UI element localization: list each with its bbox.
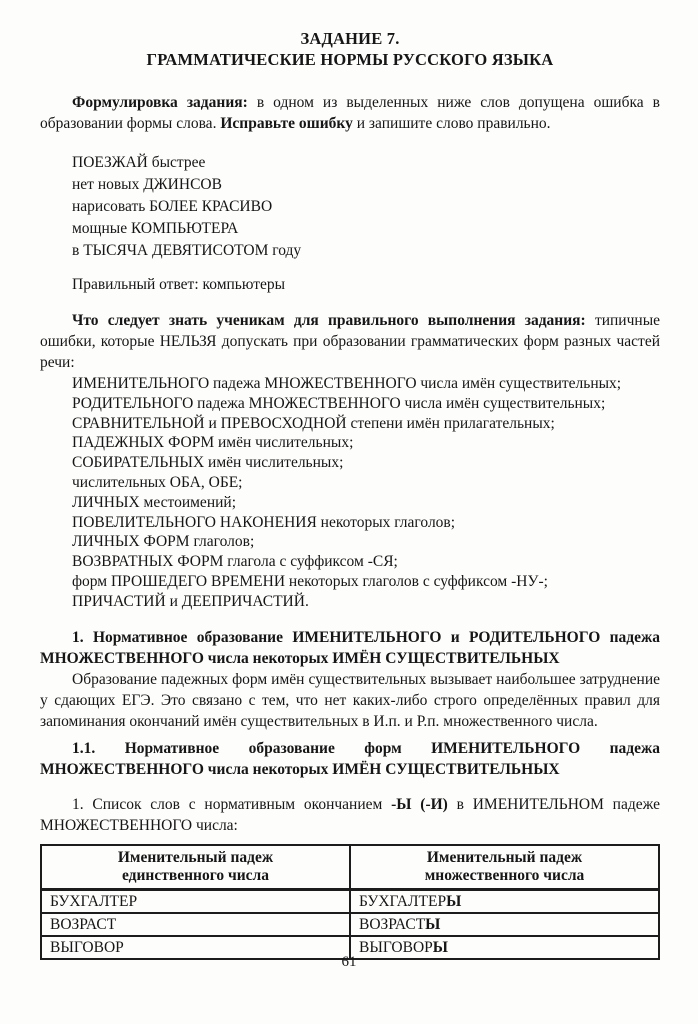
example-list: ПОЕЗЖАЙ быстрее нет новых ДЖИНСОВ нарисо… xyxy=(72,152,660,262)
plural-stem: ВОЗРАСТ xyxy=(359,916,425,933)
error-type-item: ЛИЧНЫХ ФОРМ глаголов; xyxy=(72,532,660,552)
document-page: ЗАДАНИЕ 7. ГРАММАТИЧЕСКИЕ НОРМЫ РУССКОГО… xyxy=(0,0,698,1024)
title-line-2: ГРАММАТИЧЕСКИЕ НОРМЫ РУССКОГО ЯЗЫКА xyxy=(40,49,660,70)
plural-ending: Ы xyxy=(433,939,448,956)
section-1-body: Образование падежных форм имён существит… xyxy=(40,669,660,732)
task-text-2: и запишите слово правильно. xyxy=(353,115,551,132)
header-singular-line-2: единственного числа xyxy=(46,867,345,885)
error-type-item: СОБИРАТЕЛЬНЫХ имён числительных; xyxy=(72,453,660,473)
error-type-item: ПАДЕЖНЫХ ФОРМ имён числительных; xyxy=(72,433,660,453)
task-fix-label: Исправьте ошибку xyxy=(220,115,353,132)
table-header-singular: Именительный падеж единственного числа xyxy=(41,845,350,890)
task-statement: Формулировка задания: в одном из выделен… xyxy=(40,92,660,134)
error-type-item: ИМЕНИТЕЛЬНОГО падежа МНОЖЕСТВЕННОГО числ… xyxy=(72,374,660,394)
plural-cell: ВОЗРАСТЫ xyxy=(350,913,659,936)
table-row: ВОЗРАСТ ВОЗРАСТЫ xyxy=(41,913,659,936)
plural-cell: БУХГАЛТЕРЫ xyxy=(350,889,659,913)
list-intro-text-1: 1. Список слов с нормативным окончанием xyxy=(72,796,391,813)
error-type-item: ВОЗВРАТНЫХ ФОРМ глагола с суффиксом -СЯ; xyxy=(72,552,660,572)
list-intro: 1. Список слов с нормативным окончанием … xyxy=(40,794,660,836)
page-title: ЗАДАНИЕ 7. ГРАММАТИЧЕСКИЕ НОРМЫ РУССКОГО… xyxy=(40,28,660,70)
singular-cell: ВОЗРАСТ xyxy=(41,913,350,936)
error-type-list: ИМЕНИТЕЛЬНОГО падежа МНОЖЕСТВЕННОГО числ… xyxy=(72,374,660,612)
page-number: 61 xyxy=(0,954,698,971)
title-line-1: ЗАДАНИЕ 7. xyxy=(40,28,660,49)
section-1-1-heading: 1.1. Нормативное образование форм ИМЕНИТ… xyxy=(40,738,660,780)
table-header-row: Именительный падеж единственного числа И… xyxy=(41,845,659,890)
task-label: Формулировка задания: xyxy=(72,94,248,111)
header-singular-line-1: Именительный падеж xyxy=(46,849,345,867)
error-type-item: ЛИЧНЫХ местоимений; xyxy=(72,493,660,513)
plural-ending: Ы xyxy=(425,916,440,933)
list-intro-ending-bold: -Ы (-И) xyxy=(391,796,448,813)
section-1-heading: 1. Нормативное образование ИМЕНИТЕЛЬНОГО… xyxy=(40,627,660,669)
error-type-item: форм ПРОШЕДЕГО ВРЕМЕНИ некоторых глаголо… xyxy=(72,572,660,592)
error-type-item: ПРИЧАСТИЙ и ДЕЕПРИЧАСТИЙ. xyxy=(72,592,660,612)
example-item: в ТЫСЯЧА ДЕВЯТИСОТОМ году xyxy=(72,240,660,262)
correct-answer: Правильный ответ: компьютеры xyxy=(72,274,660,295)
table-row: БУХГАЛТЕР БУХГАЛТЕРЫ xyxy=(41,889,659,913)
error-type-item: РОДИТЕЛЬНОГО падежа МНОЖЕСТВЕННОГО числа… xyxy=(72,394,660,414)
example-item: мощные КОМПЬЮТЕРА xyxy=(72,218,660,240)
know-label: Что следует знать ученикам для правильно… xyxy=(72,312,586,329)
error-type-item: СРАВНИТЕЛЬНОЙ и ПРЕВОСХОДНОЙ степени имё… xyxy=(72,414,660,434)
singular-cell: БУХГАЛТЕР xyxy=(41,889,350,913)
declension-table: Именительный падеж единственного числа И… xyxy=(40,844,660,960)
header-plural-line-1: Именительный падеж xyxy=(355,849,654,867)
error-type-item: ПОВЕЛИТЕЛЬНОГО НАКОНЕНИЯ некоторых глаго… xyxy=(72,513,660,533)
example-item: ПОЕЗЖАЙ быстрее xyxy=(72,152,660,174)
example-item: нет новых ДЖИНСОВ xyxy=(72,174,660,196)
error-type-item: числительных ОБА, ОБЕ; xyxy=(72,473,660,493)
example-item: нарисовать БОЛЕЕ КРАСИВО xyxy=(72,196,660,218)
plural-stem: БУХГАЛТЕР xyxy=(359,893,446,910)
table-header-plural: Именительный падеж множественного числа xyxy=(350,845,659,890)
plural-stem: ВЫГОВОР xyxy=(359,939,433,956)
header-plural-line-2: множественного числа xyxy=(355,867,654,885)
know-paragraph: Что следует знать ученикам для правильно… xyxy=(40,310,660,373)
plural-ending: Ы xyxy=(446,893,461,910)
